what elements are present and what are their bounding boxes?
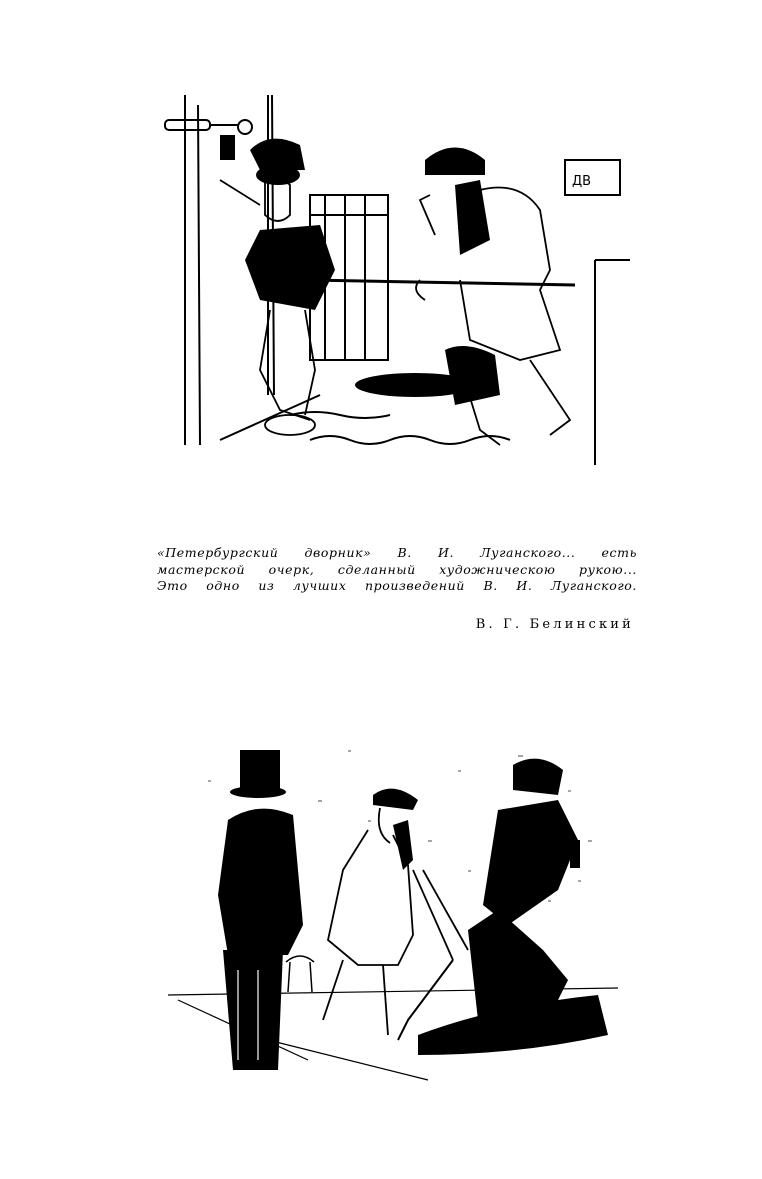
quote-line: «Петербургский дворник» В. И. Луганского…	[157, 545, 637, 562]
sign-text: ДВ	[572, 174, 591, 189]
bottom-illustration	[168, 730, 618, 1115]
quote-attribution: В. Г. Белинский	[476, 617, 634, 632]
street-scene-drawing	[168, 730, 618, 1115]
quote-line: мастерской очерк, сделанный художническо…	[157, 562, 637, 579]
dvornik-scene-drawing: ДВ	[160, 95, 630, 470]
top-illustration: ДВ	[160, 95, 630, 470]
belinsky-quote: «Петербургский дворник» В. И. Луганского…	[157, 545, 637, 595]
quote-line: Это одно из лучших произведений В. И. Лу…	[157, 578, 637, 595]
